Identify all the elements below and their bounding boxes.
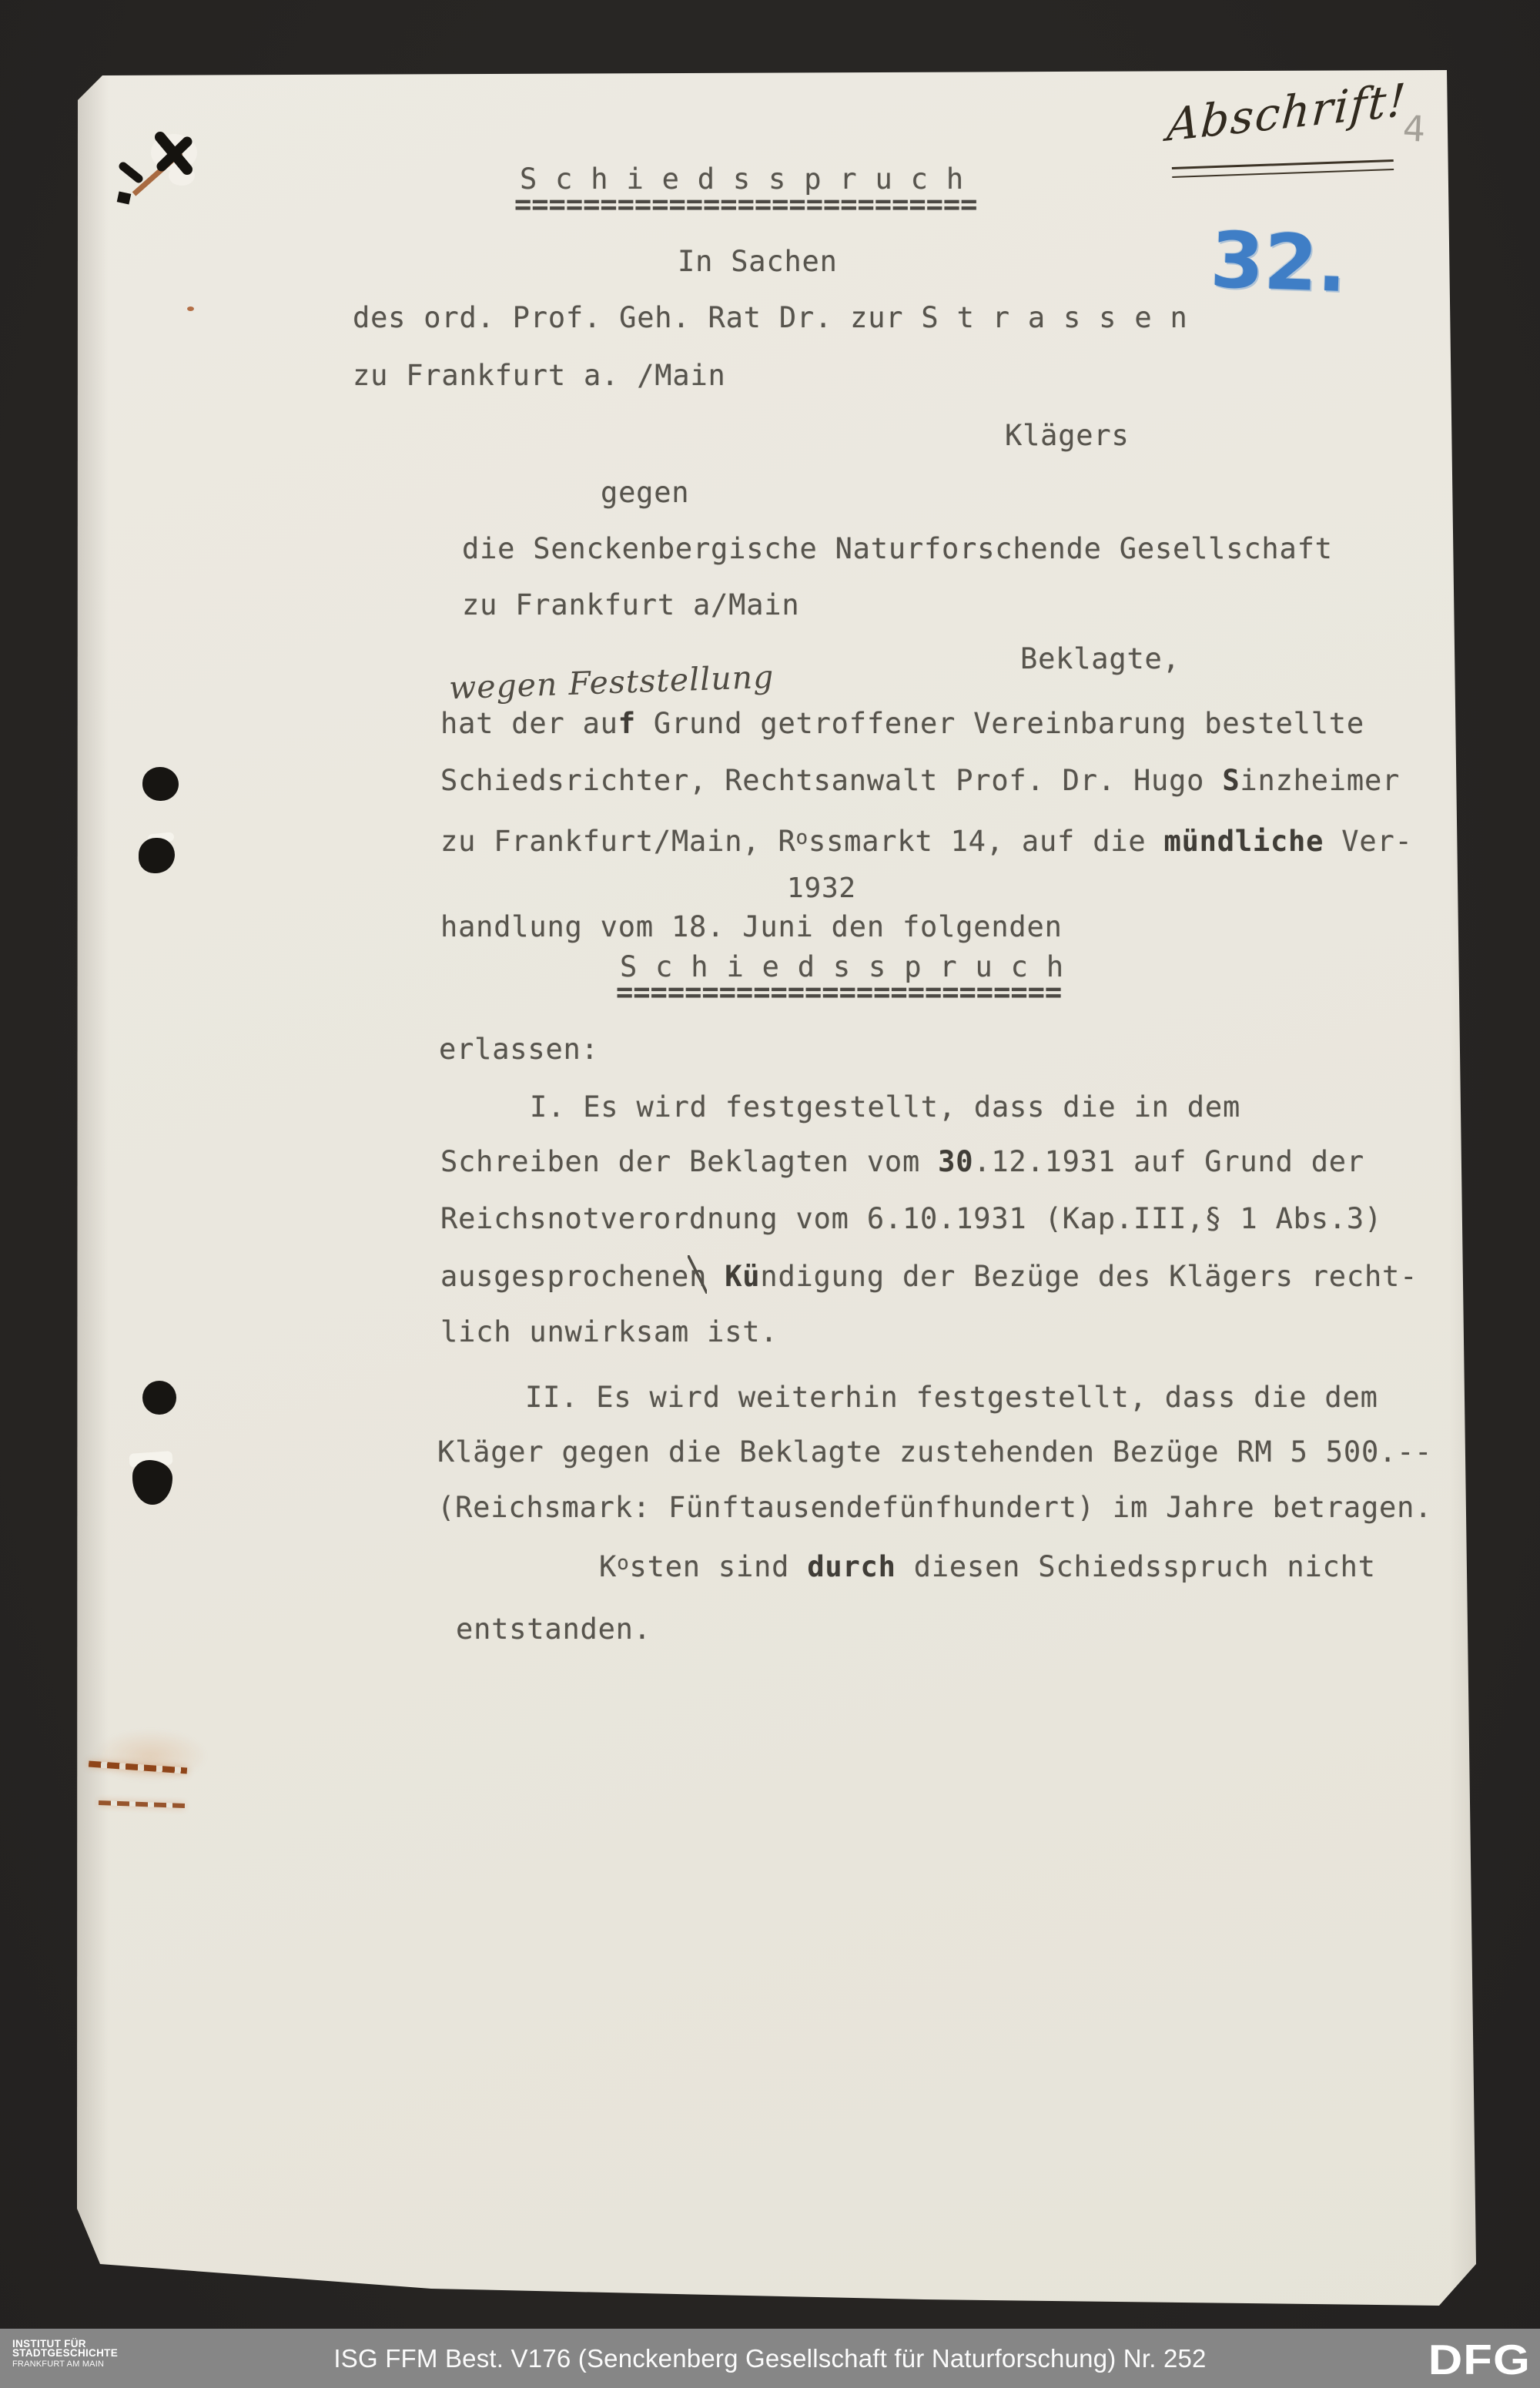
line-preamble-4: handlung vom 18. Juni den folgenden [440,912,1063,943]
text-segment: ssmarkt 14, auf die [808,825,1164,858]
overstruck-segment: mündliche [1164,825,1324,858]
line-preamble-2: Schiedsrichter, Rechtsanwalt Prof. Dr. H… [440,765,1400,796]
handwritten-abschrift: Abschrift! [1165,73,1408,152]
line-klaegers: Klägers [1005,420,1130,451]
line-plaintiff-city: zu Frankfurt a. /Main [353,360,726,391]
clause-2-line-1: II. Es wird weiterhin festgestellt, dass… [525,1382,1378,1413]
text-segment: inzheimer [1240,764,1400,797]
heading-underline-2: ========================== [616,977,1062,1008]
text-segment [707,1260,725,1293]
clause-1-line-4: ausgesprochenen Kündigung der Bezüge des… [440,1261,1418,1292]
clause-2-line-3: (Reichsmark: Fünftausendefünfhundert) im… [437,1492,1432,1523]
punch-hole [142,767,179,801]
line-in-sachen: In Sachen [678,246,838,277]
overstruck-segment: durch [807,1550,896,1583]
costs-line-2: entstanden. [456,1614,651,1645]
crossmark-icon [108,108,208,223]
raised-letter: o [617,1552,629,1575]
heading-underline: =========================== [514,189,977,220]
overstruck-segment: f [618,707,636,740]
rust-stain-line [99,1800,185,1808]
pencil-page-number: 4 [1402,107,1427,149]
blue-archive-number: 32. [1209,215,1348,310]
text-segment: Schreiben der Beklagten vom [440,1145,938,1178]
punch-hole [139,838,175,873]
overstruck-segment: Kü [725,1260,760,1293]
scan-background: S c h i e d s s p r u c h ==============… [0,0,1540,2388]
clause-1-line-3: Reichsnotverordnung vom 6.10.1931 (Kap.I… [440,1204,1382,1234]
struck-letter: n [689,1261,707,1292]
text-segment: ndigung der Bezüge des Klägers recht- [760,1260,1418,1293]
line-gegen: gegen [601,477,689,508]
line-erlassen: erlassen: [439,1034,599,1065]
text-segment: hat der au [440,707,618,740]
clause-1-line-2: Schreiben der Beklagten vom 30.12.1931 a… [440,1147,1364,1177]
punch-hole [142,1381,176,1415]
archive-reference: ISG FFM Best. V176 (Senckenberg Gesellsc… [0,2344,1540,2373]
line-preamble-1: hat der auf Grund getroffener Vereinbaru… [440,708,1364,739]
dfg-logo: DFG [1428,2335,1531,2384]
overstruck-segment: 30 [938,1145,973,1178]
clause-1-line-5: lich unwirksam ist. [440,1317,778,1348]
inserted-year-1932: 1932 [787,873,856,904]
rust-speck [187,306,194,311]
costs-line-1: Kosten sind durch diesen Schiedsspruch n… [599,1548,1376,1583]
text-segment: sten sind [630,1550,808,1583]
text-segment: Schiedsrichter, Rechtsanwalt Prof. Dr. H… [440,764,1222,797]
raised-letter: o [796,826,808,849]
text-segment: Ver- [1324,825,1412,858]
text-segment: diesen Schiedsspruch nicht [896,1550,1376,1583]
line-beklagte: Beklagte, [1020,644,1180,675]
document-page: S c h i e d s s p r u c h ==============… [0,0,1540,2388]
abschrift-underline [1172,159,1394,178]
line-preamble-3: zu Frankfurt/Main, Rossmarkt 14, auf die… [440,822,1413,857]
text-segment: ausgesprochene [440,1260,689,1293]
clause-1-line-1: I. Es wird festgestellt, dass die in dem [530,1092,1240,1123]
text-segment: K [599,1550,617,1583]
handwritten-wegen-feststellung: wegen Feststellung [448,658,775,707]
line-defendant-name: die Senckenbergische Naturforschende Ges… [462,534,1333,564]
text-segment: .12.1931 auf Grund der [973,1145,1364,1178]
line-plaintiff-name: des ord. Prof. Geh. Rat Dr. zur S t r a … [353,303,1188,333]
rust-stain-halo [92,1729,208,1783]
text-segment: zu Frankfurt/Main, R [440,825,796,858]
text-segment: Grund getroffener Vereinbarung bestellte [636,707,1364,740]
punch-hole [132,1460,172,1505]
footer-bar: INSTITUT FÜR STADTGESCHICHTE FRANKFURT A… [0,2329,1540,2388]
clause-2-line-2: Kläger gegen die Beklagte zustehenden Be… [437,1437,1432,1468]
line-defendant-city: zu Frankfurt a/Main [462,590,799,621]
overstruck-segment: S [1222,764,1240,797]
